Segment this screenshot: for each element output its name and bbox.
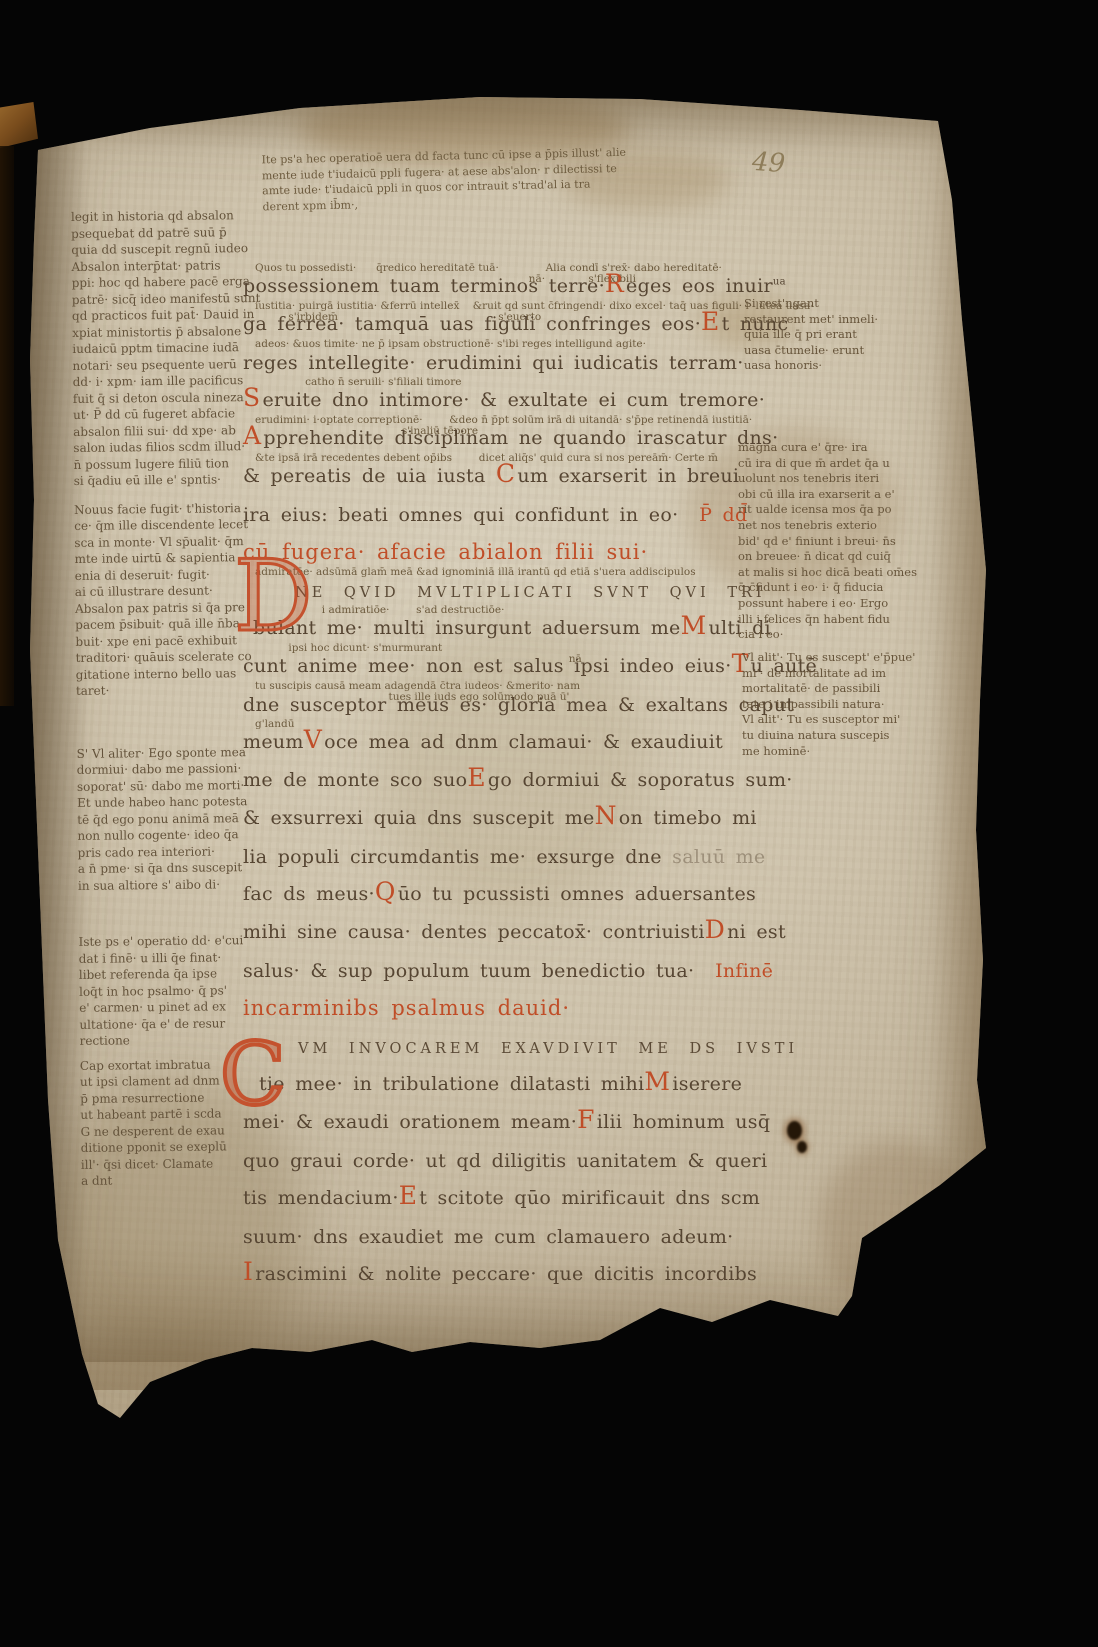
gloss-line: cū ira di que m̄ ardet q̄a u [738,456,948,472]
gloss-line: net nos tenebris exterio [738,518,948,534]
left-margin-paragraph: Nouus facie fugit· t'historiace· q̄m ill… [74,500,254,700]
manuscript-line: i admiratiōe· s'ad destructiōe·bulant me… [243,604,743,642]
manuscript-line: ira eius: beati omnes qui confidunt in e… [243,490,743,528]
folio-number: 49 [751,147,786,179]
gloss-line: loq̄t in hoc psalmo· q̄ ps' [79,982,257,1000]
manuscript-line: tis mendacium·Et scitote qūo mirificauit… [243,1174,743,1212]
text-segment: tis mendacium· [243,1187,399,1209]
gloss-line: sca in monte· Vl sp̄ualit· q̄m [74,533,252,551]
interlinear-gloss: admiratōe· adsūmā glam̄ meā &ad ignomini… [255,566,696,578]
text-segment: reges intellegite· erudimini qui iudicat… [243,352,744,374]
text-segment: me de monte sco suo [243,769,467,791]
text-segment: fac ds meus· [243,883,375,905]
manuscript-line: salus· & sup populum tuum benedictio tua… [243,946,743,984]
gloss-line: psequebat dd patrē suū p̄ [71,224,249,242]
gloss-line: Iste ps e' operatio dd· e'cui [78,932,256,950]
gloss-line: pacem p̄sibuit· quā ille n̄ba [75,615,253,633]
manuscript-line: &te ipsā irā recedentes debent op̄ibs di… [243,452,743,490]
line-text: mei· & exaudi orationem meam·Filii homin… [243,1105,770,1134]
gloss-line: ditione pponit se exeplū [81,1138,259,1156]
text-segment: quo graui corde· ut qd diligitis uanitat… [243,1150,767,1172]
red-initial: M [681,611,707,640]
right-margin-note: Si rest'ngantrestaurent met' inmeli·quia… [744,296,934,374]
text-segment: bulant me· multi insurgunt aduersum me [253,617,681,639]
text-segment: mihi sine causa· dentes peccatox̄· contr… [243,921,705,943]
text-segment: t scitote qūo mirificauit dns scm [419,1187,760,1209]
gloss-line: pris cado rea interiori· [78,843,256,861]
text-segment: go dormiui & soporatus sum· [488,769,793,791]
gloss-line: ce· q̄m ille discendente lecet [74,516,252,534]
red-initial: I [243,1257,253,1286]
gloss-line: q̄ c̄fidunt i eo· i· q̄ fiducia [738,580,948,596]
line-text: Apprehendite disciplinam ne quando irasc… [243,421,778,450]
red-initial: S [243,383,260,412]
gloss-line: tate i impassibili natura· [742,697,952,713]
manuscript-line: Quos tu possedisti· q̄redico hereditatē … [243,262,743,300]
gloss-line: fuit q̄ si deton oscula nineza [73,389,251,407]
right-margin-note: magna cura e' q̄re· iracū ira di que m̄ … [738,440,948,643]
gloss-line: possunt habere i eo· Ergo [738,596,948,612]
gloss-line: quia dd suscepit regnū iudeo [71,240,249,258]
red-initial: E [399,1181,418,1210]
gloss-line: illi i felices q̄n habent fidu [738,612,948,628]
gloss-line: tē q̄d ego ponu animā meā [77,810,255,828]
line-text: & exsurrexi quia dns suscepit meNon time… [243,801,757,830]
gloss-line: mortalitatē· de passibili [742,681,952,697]
gloss-line: uasa honoris· [744,358,934,374]
text-segment: eges eos inuir [626,275,773,297]
gloss-line: n̄ possum lugere filiū tion [73,455,251,473]
red-initial: N [595,801,617,830]
text-segment: suum· dns exaudiet me cum clamauero adeu… [243,1226,733,1248]
text-segment: pprehendite disciplinam ne quando irasca… [263,427,778,449]
red-initial: V [304,725,322,754]
gloss-line: e' carmen· u pinet ad ex [79,998,257,1016]
manuscript-line: ipsi hoc dicunt· s'murmurant nācunt anim… [243,642,743,680]
red-initial: M [644,1067,670,1096]
interlinear-gloss: adeos· &uos timite· ne p̄ ipsam obstruct… [255,338,646,350]
left-margin-paragraph: legit in historia qd absalonpsequebat dd… [71,207,252,489]
gloss-line: mte inde uirtū & sapientia [74,549,252,567]
manuscript-line: adeos· &uos timite· ne p̄ ipsam obstruct… [243,338,743,376]
left-margin-paragraph: S' Vl aliter· Ego sponte meadormiui· dab… [76,744,256,894]
manuscript-line: iustitia· puirgā iustitia· &ferrū intell… [243,300,743,338]
gloss-line: Vl alit'· Tu es suscept' e'p̄pue' [742,650,952,666]
line-text: VM INVOCAREM EXAVDIVIT ME DS IVSTI [298,1036,798,1058]
gloss-line: quia ille q̄ pri erant [744,327,934,343]
text-segment: VM INVOCAREM EXAVDIVIT ME DS IVSTI [298,1041,798,1057]
manuscript-line: admiratōe· adsūmā glam̄ meā &ad ignomini… [243,566,743,604]
manuscript-line: cū fugera· afacie abialon filii sui· [243,528,743,566]
text-segment: NE QVID MVLTIPLICATI SVNT QVI TRI [295,585,766,601]
gloss-line: uasa c̄tumelie· erunt [744,343,934,359]
gloss-line: Vl alit'· Tu es susceptor mi' [742,712,952,728]
line-text: tie mee· in tribulatione dilatasti mihiM… [259,1067,742,1096]
line-text: cunt anime mee· non est salus ipsi indeo… [243,649,817,678]
text-segment: ga ferrea· tamquā uas figuli confringes … [243,313,701,335]
line-text: salus· & sup populum tuum benedictio tua… [243,960,773,982]
text-segment: cunt anime mee· non est salus ipsi indeo… [243,655,732,677]
line-text: meumVoce mea ad dnm clamaui· & exaudiuit [243,725,723,754]
manuscript-line: incarminibs psalmus dauid· [243,984,743,1022]
gloss-line: restaurent met' inmeli· [744,312,934,328]
gloss-line: absalon filii sui· dd xpe· ab [73,422,251,440]
text-segment: incarminibs psalmus dauid· [243,996,570,1020]
gloss-line: salon iudas filios scdm illud· [73,438,251,456]
line-text: quo graui corde· ut qd diligitis uanitat… [243,1150,767,1172]
line-text: reges intellegite· erudimini qui iudicat… [243,352,744,374]
text-segment: lia populi circumdantis me· exsurge dne [243,846,672,868]
line-text: me de monte sco suoEgo dormiui & soporat… [243,763,793,792]
text-segment: possessionem tuam terminos terre· [243,275,605,297]
text-segment: & pereatis de uia iusta [243,465,496,487]
manuscript-line: mei· & exaudi orationem meam·Filii homin… [243,1098,743,1136]
gloss-line: tu diuina natura suscepis [742,728,952,744]
gloss-line: traditori· quāuis scelerate co [75,648,253,666]
red-initial: Q [375,877,396,906]
manuscript-photo: 49 Ite ps'a hec operatioē uera dd facta … [0,0,1098,1647]
line-text: suum· dns exaudiet me cum clamauero adeu… [243,1226,733,1248]
text-segment: ni est [727,921,786,943]
gloss-line: ai cū illustrare desunt· [75,582,253,600]
manuscript-line: Irascimini & nolite peccare· que dicitis… [243,1250,743,1288]
manuscript-line: erudimini· i·optate correptionē· &deo n̄… [243,414,743,452]
gloss-line: magna cura e' q̄re· ira [738,440,948,456]
gloss-line: Nouus facie fugit· t'historia [74,500,252,518]
gloss-line: Absalon interp̄tat· patris [71,257,249,275]
gloss-line: rit ualde icensa mos q̄a po [738,502,948,518]
gloss-line: xpiat ministortis p̄ absalone [72,323,250,341]
gloss-line: dat i finē· u illi q̄e finat· [79,949,257,967]
text-segment: meum [243,731,304,753]
gloss-line: ill'· q̄si dicet· Clamate [81,1155,259,1173]
red-initial: E [701,307,720,336]
gloss-line: dormiui· dabo me passioni· [77,760,255,778]
line-text: NE QVID MVLTIPLICATI SVNT QVI TRI [295,580,766,602]
manuscript-line: mihi sine causa· dentes peccatox̄· contr… [243,908,743,946]
line-text: dne susceptor meus es· gloria mea & exal… [243,694,794,716]
line-text: fac ds meus·Qūo tu pcussisti omnes aduer… [243,877,756,906]
gloss-line: a n̄ pme· si q̄a dns suscepit [78,859,256,877]
line-text: Irascimini & nolite peccare· que dicitis… [243,1257,757,1286]
text-segment: um exarserit in breui [517,465,739,487]
right-margin-note: Vl alit'· Tu es suscept' e'p̄pue'mi'· de… [742,650,952,759]
gloss-line: dd· i· xpm· iam ille pacificus [73,372,251,390]
gloss-line: Si rest'ngant [744,296,934,312]
line-text: Seruite dno intimore· & exultate ei cum … [243,383,765,412]
line-text: & pereatis de uia iusta Cum exarserit in… [243,459,739,488]
gloss-line: at malis si hoc dicā beati om̄es [738,565,948,581]
line-text: tis mendacium·Et scitote qūo mirificauit… [243,1181,760,1210]
gloss-line: uolunt nos tenebris iteri [738,471,948,487]
text-segment: ua [773,277,786,288]
illuminated-initial: C [220,1032,286,1118]
text-segment: dne susceptor meus es· gloria mea & exal… [243,694,794,716]
gloss-line: on breuee· n̄ dicat qd cuiq̄ [738,549,948,565]
gloss-line: Et unde habeo hanc potesta [77,793,255,811]
line-text: ira eius: beati omnes qui confidunt in e… [243,504,747,526]
gloss-line: gitatione interno bello uas [76,665,254,683]
text-segment: oce mea ad dnm clamaui· & exaudiuit [324,731,723,753]
gloss-line: me hominē· [742,744,952,760]
line-text: incarminibs psalmus dauid· [243,996,570,1020]
gloss-line: bid' qd e' finiunt i breui· n̄s [738,534,948,550]
line-text: possessionem tuam terminos terre·Reges e… [243,269,786,298]
manuscript-line: g'landūmeumVoce mea ad dnm clamaui· & ex… [243,718,743,756]
manuscript-line: quo graui corde· ut qd diligitis uanitat… [243,1136,743,1174]
gloss-line: buit· xpe eni pacē exhibuit [75,632,253,650]
gloss-line: S' Vl aliter· Ego sponte mea [76,744,254,762]
gloss-line: ppi: hoc qd habere pacē erga [72,273,250,291]
red-initial: R [605,269,624,298]
gloss-line: cia i eo· [738,627,948,643]
gloss-line: qd practicos fuit pat̄· Dauid in [72,306,250,324]
line-text: ga ferrea· tamquā uas figuli confringes … [243,307,788,336]
gloss-line: a dnt [81,1171,259,1189]
gloss-line: in sua altiore s' aibo di· [78,876,256,894]
gloss-line: mi'· de mortalitate ad im [742,666,952,682]
text-segment: eruite dno intimore· & exultate ei cum t… [262,389,765,411]
text-segment: ilii hominum usq̄ [597,1111,771,1133]
gloss-line: soporat' sū· dabo me morti· [77,777,255,795]
manuscript-line: lia populi circumdantis me· exsurge dne … [243,832,743,870]
illuminated-initial: D [234,548,313,646]
gloss-line: taret· [76,681,254,699]
manuscript-line: catho n̄ seruili· s'filiali timoreSeruit… [243,376,743,414]
manuscript-line: VM INVOCAREM EXAVDIVIT ME DS IVSTI [243,1022,743,1060]
main-text-block: Quos tu possedisti· q̄redico hereditatē … [243,262,743,1288]
line-text: lia populi circumdantis me· exsurge dne … [243,846,765,868]
manuscript-line: fac ds meus·Qūo tu pcussisti omnes aduer… [243,870,743,908]
text-segment: Infinē [694,960,773,982]
manuscript-line: & exsurrexi quia dns suscepit meNon time… [243,794,743,832]
text-segment: & exsurrexi quia dns suscepit me [243,807,595,829]
manuscript-line: tie mee· in tribulatione dilatasti mihiM… [243,1060,743,1098]
red-initial: D [705,915,725,944]
gloss-line: patrē· sicq̄ ideo manifestū sunt [72,290,250,308]
gloss-line: si q̄adiu eū ille e' spntis· [74,471,252,489]
text-segment: tie mee· in tribulatione dilatasti mihi [259,1073,644,1095]
gloss-line: notari· seu psequente uerū [72,356,250,374]
text-segment: on timebo mi [619,807,757,829]
gloss-line: non nullo cogente· ideo q̄a [77,826,255,844]
gloss-line: enia di deseruit· fugit· [75,566,253,584]
top-marginal-gloss: Ite ps'a hec operatioē uera dd facta tun… [261,144,682,215]
manuscript-line: suum· dns exaudiet me cum clamauero adeu… [243,1212,743,1250]
red-initial: F [577,1105,595,1134]
manuscript-line: tu suscipis causā meam adagendā c̄tra iu… [243,680,743,718]
line-text: mihi sine causa· dentes peccatox̄· contr… [243,915,786,944]
gloss-line: libet referenda q̄a ipse [79,965,257,983]
line-text: bulant me· multi insurgunt aduersum meMu… [253,611,771,640]
text-segment: ūo tu pcussisti omnes aduersantes [398,883,756,905]
text-segment: rascimini & nolite peccare· que dicitis … [255,1263,757,1285]
text-segment: ira eius: beati omnes qui confidunt in e… [243,504,678,526]
gloss-line: obi cū illa ira exarserit a e' [738,487,948,503]
gloss-line: Absalon pax patris si q̄a pre [75,599,253,617]
text-segment: salus· & sup populum tuum benedictio tua… [243,960,694,982]
text-layer: 49 Ite ps'a hec operatioē uera dd facta … [0,0,1098,1647]
text-segment: iserere [672,1073,742,1095]
manuscript-line: me de monte sco suoEgo dormiui & soporat… [243,756,743,794]
gloss-line: legit in historia qd absalon [71,207,249,225]
gloss-line: ut· P̄ dd cū fugeret abfacie [73,405,251,423]
text-segment: saluū me [672,846,765,868]
red-initial: A [243,421,261,450]
red-initial: E [467,763,486,792]
text-segment: mei· & exaudi orationem meam· [243,1111,577,1133]
red-initial: C [496,459,515,488]
gloss-line: iudaicū pptm timacine iudā [72,339,250,357]
